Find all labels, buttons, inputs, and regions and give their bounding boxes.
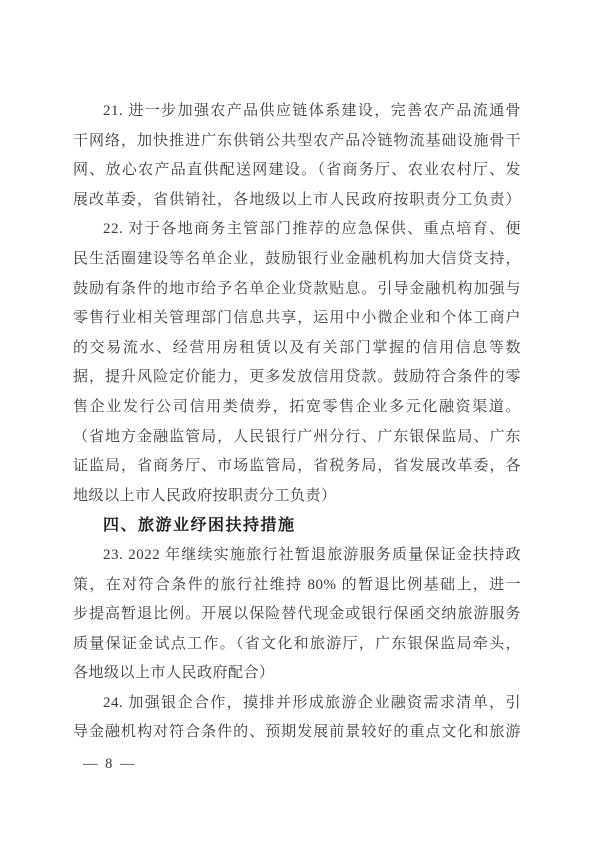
document-page: 21. 进一步加强农产品供应链体系建设，完善农产品流通骨干网络，加快推进广东供销…	[0, 0, 600, 848]
text-line: 23. 2022 年继续实施旅行社暂退旅游服务质量保证金扶持政	[73, 541, 521, 571]
text-line: 的交易流水、经营用房租赁以及有关部门掌握的信用信息等数	[73, 334, 521, 364]
text-line: 22. 对于各地商务主管部门推荐的应急保供、重点培育、便	[73, 215, 521, 245]
text-line: 各地级以上市人民政府配合）	[73, 659, 521, 689]
text-line: 网、放心农产品直供配送网建设。（省商务厅、农业农村厅、发	[73, 156, 521, 186]
text-line: 证监局，省商务厅、市场监管局，省税务局，省发展改革委，各	[73, 452, 521, 482]
text-line: 鼓励有条件的地市给予名单企业贷款贴息。引导金融机构加强与	[73, 275, 521, 305]
text-line: 展改革委，省供销社，各地级以上市人民政府按职责分工负责）	[73, 186, 521, 216]
text-line: 21. 进一步加强农产品供应链体系建设，完善农产品流通骨	[73, 97, 521, 127]
text-line: 零售行业相关管理部门信息共享，运用中小微企业和个体工商户	[73, 304, 521, 334]
text-line: 四、旅游业纾困扶持措施	[73, 511, 521, 541]
page-number: — 8 —	[83, 750, 137, 780]
text-line: 导金融机构对符合条件的、预期发展前景较好的重点文化和旅游	[73, 718, 521, 748]
text-line: 民生活圈建设等名单企业，鼓励银行业金融机构加大信贷支持，	[73, 245, 521, 275]
text-line: 步提高暂退比例。开展以保险替代现金或银行保函交纳旅游服务	[73, 600, 521, 630]
text-line: 质量保证金试点工作。（省文化和旅游厅，广东银保监局牵头，	[73, 630, 521, 660]
text-line: 售企业发行公司信用类债券，拓宽零售企业多元化融资渠道。	[73, 393, 521, 423]
paragraph-22: 22. 对于各地商务主管部门推荐的应急保供、重点培育、便民生活圈建设等名单企业，…	[73, 215, 521, 511]
paragraph-24: 24. 加强银企合作，摸排并形成旅游企业融资需求清单，引导金融机构对符合条件的、…	[73, 689, 521, 748]
text-line: 地级以上市人民政府按职责分工负责）	[73, 482, 521, 512]
text-line: 据，提升风险定价能力，更多发放信用贷款。鼓励符合条件的零	[73, 363, 521, 393]
paragraph-21: 21. 进一步加强农产品供应链体系建设，完善农产品流通骨干网络，加快推进广东供销…	[73, 97, 521, 215]
text-line: 24. 加强银企合作，摸排并形成旅游企业融资需求清单，引	[73, 689, 521, 719]
section-heading-4: 四、旅游业纾困扶持措施	[73, 511, 521, 541]
paragraph-23: 23. 2022 年继续实施旅行社暂退旅游服务质量保证金扶持政策，在对符合条件的…	[73, 541, 521, 689]
document-text-area: 21. 进一步加强农产品供应链体系建设，完善农产品流通骨干网络，加快推进广东供销…	[73, 97, 521, 748]
text-line: 策，在对符合条件的旅行社维持 80% 的暂退比例基础上，进一	[73, 571, 521, 601]
text-line: 干网络，加快推进广东供销公共型农产品冷链物流基础设施骨干	[73, 127, 521, 157]
text-line: （省地方金融监管局，人民银行广州分行、广东银保监局、广东	[73, 423, 521, 453]
